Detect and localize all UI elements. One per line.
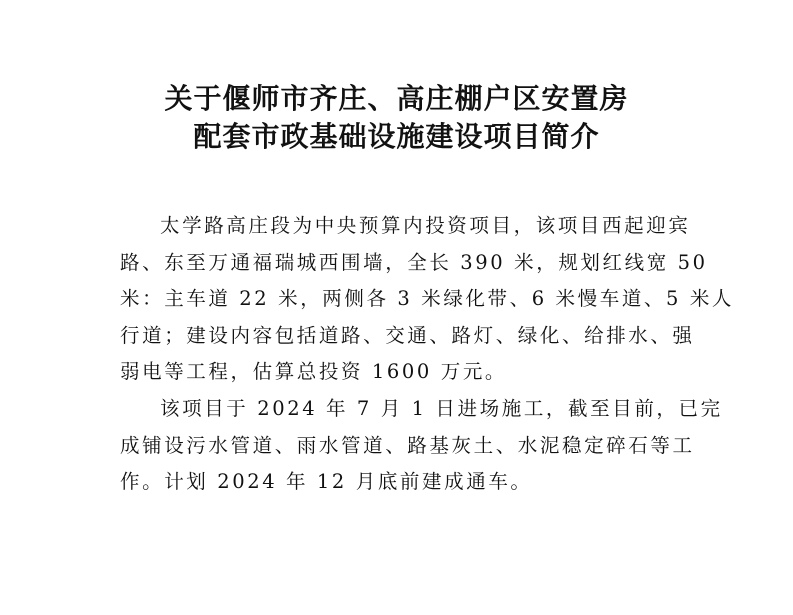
document-title-line-1: 关于偃师市齐庄、高庄棚户区安置房 <box>0 82 793 116</box>
paragraph-line: 成铺设污水管道、雨水管道、路基灰土、水泥稳定碎石等工 <box>120 428 676 465</box>
paragraph-line: 弱电等工程，估算总投资 1600 万元。 <box>120 354 676 391</box>
document-body: 太学路高庄段为中央预算内投资项目，该项目西起迎宾 路、东至万通福瑞城西围墙，全长… <box>120 208 676 501</box>
paragraph-1: 太学路高庄段为中央预算内投资项目，该项目西起迎宾 路、东至万通福瑞城西围墙，全长… <box>120 208 676 391</box>
paragraph-line: 太学路高庄段为中央预算内投资项目，该项目西起迎宾 <box>120 208 676 245</box>
paragraph-line: 路、东至万通福瑞城西围墙，全长 390 米，规划红线宽 50 <box>120 245 676 282</box>
paragraph-2: 该项目于 2024 年 7 月 1 日进场施工，截至目前，已完 成铺设污水管道、… <box>120 391 676 501</box>
paragraph-line: 作。计划 2024 年 12 月底前建成通车。 <box>120 464 676 501</box>
paragraph-line: 该项目于 2024 年 7 月 1 日进场施工，截至目前，已完 <box>120 391 676 428</box>
document-title-line-2: 配套市政基础设施建设项目简介 <box>0 120 793 154</box>
paragraph-line: 米：主车道 22 米，两侧各 3 米绿化带、6 米慢车道、5 米人 <box>120 281 676 318</box>
paragraph-line: 行道；建设内容包括道路、交通、路灯、绿化、给排水、强 <box>120 318 676 355</box>
